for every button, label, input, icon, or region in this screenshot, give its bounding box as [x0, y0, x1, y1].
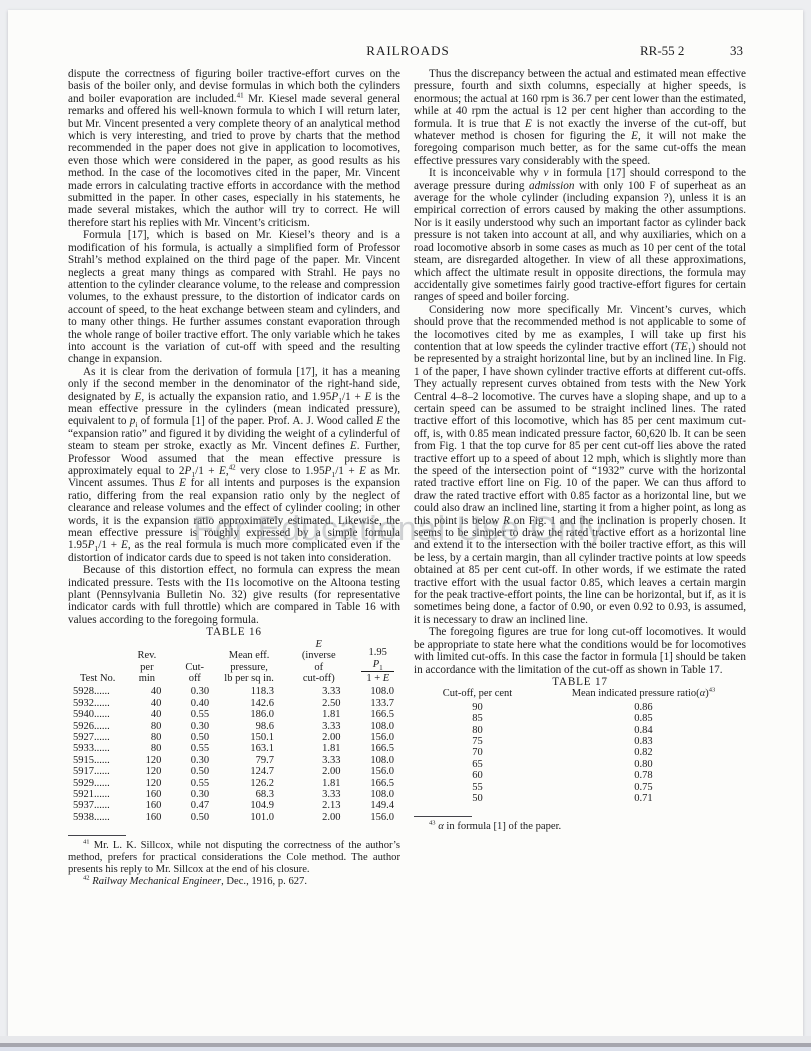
- table-cell: 104.9: [219, 800, 292, 811]
- col-header-cut-off: Cut-off: [175, 639, 219, 687]
- table-cell: 55: [414, 782, 541, 793]
- table-cell: 142.6: [219, 698, 292, 709]
- table-row: 5938......1600.50101.02.00156.0: [68, 812, 400, 823]
- table-cell: 5929......: [68, 778, 127, 789]
- table-cell: 186.0: [219, 709, 292, 720]
- table-cell: 150.1: [219, 732, 292, 743]
- table17-caption: TABLE 17: [414, 676, 746, 688]
- table-cell: 166.5: [356, 709, 400, 720]
- table-cell: 160: [127, 800, 175, 811]
- text-columns: dispute the correctness of figuring boil…: [68, 68, 746, 887]
- table-cell: 5937......: [68, 800, 127, 811]
- col-header-test-no: Test No.: [68, 639, 127, 687]
- table-row: 500.71: [414, 793, 746, 804]
- table-row: 600.78: [414, 770, 746, 781]
- table-row: 850.85: [414, 713, 746, 724]
- table-row: 900.86: [414, 702, 746, 713]
- table-row: 5927......800.50150.12.00156.0: [68, 732, 400, 743]
- table-cell: 5938......: [68, 812, 127, 823]
- fraction-denominator: 1 + E: [361, 672, 394, 684]
- table-cell: 5940......: [68, 709, 127, 720]
- table-row: 750.83: [414, 736, 746, 747]
- table-cell: 3.33: [292, 755, 356, 766]
- table-cell: 0.84: [541, 725, 746, 736]
- table-row: 5917......1200.50124.72.00156.0: [68, 766, 400, 777]
- col-header-mean-indicated-ratio: Mean indicated pressure ratio(α)43: [541, 688, 746, 701]
- table-cell: 120: [127, 766, 175, 777]
- footnote-42: 42 Railway Mechanical Engineer, Dec., 19…: [68, 876, 400, 888]
- table-cell: 0.30: [175, 789, 219, 800]
- table-cell: 40: [127, 686, 175, 697]
- table-cell: 0.82: [541, 747, 746, 758]
- paragraph: As it is clear from the derivation of fo…: [68, 366, 400, 565]
- table-cell: 40: [127, 709, 175, 720]
- table-cell: 5921......: [68, 789, 127, 800]
- table-cell: 0.80: [541, 759, 746, 770]
- paragraph: dispute the correctness of figuring boil…: [68, 68, 400, 229]
- document-reference: RR-55 2: [640, 43, 684, 59]
- table-cell: 101.0: [219, 812, 292, 823]
- table-cell: 108.0: [356, 686, 400, 697]
- table-cell: 156.0: [356, 766, 400, 777]
- table-cell: 0.78: [541, 770, 746, 781]
- table-cell: 160: [127, 789, 175, 800]
- table-cell: 5933......: [68, 743, 127, 754]
- table-cell: 0.30: [175, 755, 219, 766]
- table-cell: 149.4: [356, 800, 400, 811]
- table-cell: 2.00: [292, 732, 356, 743]
- table-cell: 80: [127, 732, 175, 743]
- table-cell: 120: [127, 755, 175, 766]
- table-cell: 126.2: [219, 778, 292, 789]
- table-cell: 166.5: [356, 778, 400, 789]
- footnote-rule: [414, 816, 472, 817]
- table-cell: 0.50: [175, 812, 219, 823]
- fraction-numerator: 1.95 P1: [361, 647, 394, 672]
- table-row: 5926......800.3098.63.33108.0: [68, 721, 400, 732]
- table-cell: 2.00: [292, 812, 356, 823]
- table-cell: 5932......: [68, 698, 127, 709]
- table-cell: 0.30: [175, 721, 219, 732]
- table-cell: 1.81: [292, 709, 356, 720]
- table16-header: Test No. Rev. permin Cut-off Mean eff.pr…: [68, 639, 400, 687]
- table-cell: 120: [127, 778, 175, 789]
- table-row: 5940......400.55186.01.81166.5: [68, 709, 400, 720]
- fraction: 1.95 P1 1 + E: [361, 647, 394, 684]
- table-row: 700.82: [414, 747, 746, 758]
- table-cell: 5915......: [68, 755, 127, 766]
- table-cell: 60: [414, 770, 541, 781]
- table-row: 5937......1600.47104.92.13149.4: [68, 800, 400, 811]
- left-column: dispute the correctness of figuring boil…: [68, 68, 400, 887]
- table-17: Cut-off, per cent Mean indicated pressur…: [414, 688, 746, 804]
- table-cell: 0.86: [541, 702, 746, 713]
- table-row: 5915......1200.3079.73.33108.0: [68, 755, 400, 766]
- table-cell: 3.33: [292, 721, 356, 732]
- paragraph: Considering now more specifically Mr. Vi…: [414, 304, 746, 627]
- scanned-page: RAILROADS RR-55 2 33 dispute the correct…: [8, 10, 803, 1036]
- running-title: RAILROADS: [366, 43, 449, 59]
- table-cell: 0.47: [175, 800, 219, 811]
- table-cell: 5928......: [68, 686, 127, 697]
- table-cell: 80: [127, 743, 175, 754]
- table-cell: 50: [414, 793, 541, 804]
- col-header-e-inverse: E(inverse ofcut-off): [292, 639, 356, 687]
- table-cell: 3.33: [292, 789, 356, 800]
- page-bottom-band: [0, 1036, 811, 1043]
- table-cell: 2.13: [292, 800, 356, 811]
- table-cell: 79.7: [219, 755, 292, 766]
- col-header-mean-eff-pressure: Mean eff.pressure,lb per sq in.: [219, 639, 292, 687]
- table-cell: 85: [414, 713, 541, 724]
- footnote-43: 43 α in formula [1] of the paper.: [414, 821, 746, 833]
- table-cell: 70: [414, 747, 541, 758]
- page-bottom-shadow: [0, 1047, 811, 1051]
- table-cell: 1.81: [292, 743, 356, 754]
- table-row: 550.75: [414, 782, 746, 793]
- table-row: 5928......400.30118.33.33108.0: [68, 686, 400, 697]
- table-cell: 75: [414, 736, 541, 747]
- paragraph: The foregoing figures are true for long …: [414, 626, 746, 676]
- table-cell: 40: [127, 698, 175, 709]
- table-cell: 0.75: [541, 782, 746, 793]
- table-cell: 0.50: [175, 732, 219, 743]
- table17-header: Cut-off, per cent Mean indicated pressur…: [414, 688, 746, 701]
- table-cell: 5926......: [68, 721, 127, 732]
- table17-body: 900.86850.85800.84750.83700.82650.80600.…: [414, 702, 746, 805]
- table-cell: 2.00: [292, 766, 356, 777]
- paragraph: Because of this distortion effect, no fo…: [68, 564, 400, 626]
- table-cell: 133.7: [356, 698, 400, 709]
- table-cell: 0.71: [541, 793, 746, 804]
- table-cell: 0.50: [175, 766, 219, 777]
- page-header: RAILROADS RR-55 2 33: [8, 43, 803, 61]
- table16-caption: TABLE 16: [68, 626, 400, 638]
- table-cell: 65: [414, 759, 541, 770]
- table-row: 5932......400.40142.62.50133.7: [68, 698, 400, 709]
- page-number: 33: [730, 43, 743, 59]
- footnote-rule: [68, 835, 126, 836]
- table16-body: 5928......400.30118.33.33108.05932......…: [68, 686, 400, 823]
- col-header-ratio-fraction: 1.95 P1 1 + E: [356, 639, 400, 687]
- table-16: Test No. Rev. permin Cut-off Mean eff.pr…: [68, 639, 400, 824]
- table-row: 650.80: [414, 759, 746, 770]
- table-cell: 156.0: [356, 732, 400, 743]
- table-cell: 0.30: [175, 686, 219, 697]
- table-cell: 0.83: [541, 736, 746, 747]
- table-cell: 90: [414, 702, 541, 713]
- table-cell: 80: [414, 725, 541, 736]
- table-cell: 0.85: [541, 713, 746, 724]
- paragraph: Formula [17], which is based on Mr. Kies…: [68, 229, 400, 365]
- table-cell: 0.55: [175, 709, 219, 720]
- table-cell: 160: [127, 812, 175, 823]
- table-cell: 80: [127, 721, 175, 732]
- table-row: 800.84: [414, 725, 746, 736]
- table-cell: 108.0: [356, 721, 400, 732]
- paragraph: Thus the discrepancy between the actual …: [414, 68, 746, 167]
- table-row: 5933......800.55163.11.81166.5: [68, 743, 400, 754]
- table-cell: 68.3: [219, 789, 292, 800]
- table-cell: 163.1: [219, 743, 292, 754]
- table-cell: 0.55: [175, 778, 219, 789]
- table-cell: 1.81: [292, 778, 356, 789]
- col-header-cutoff-percent: Cut-off, per cent: [414, 688, 541, 701]
- table-cell: 5917......: [68, 766, 127, 777]
- table-cell: 156.0: [356, 812, 400, 823]
- table-row: 5929......1200.55126.21.81166.5: [68, 778, 400, 789]
- paragraph: It is inconceivable why v in formula [17…: [414, 167, 746, 303]
- table-cell: 118.3: [219, 686, 292, 697]
- right-column: Thus the discrepancy between the actual …: [414, 68, 746, 887]
- table-row: 5921......1600.3068.33.33108.0: [68, 789, 400, 800]
- footnote-41: 41 Mr. L. K. Sillcox, while not disputin…: [68, 840, 400, 875]
- table-cell: 108.0: [356, 789, 400, 800]
- table-cell: 108.0: [356, 755, 400, 766]
- table-cell: 0.40: [175, 698, 219, 709]
- table-cell: 166.5: [356, 743, 400, 754]
- table-cell: 3.33: [292, 686, 356, 697]
- table-cell: 124.7: [219, 766, 292, 777]
- table-cell: 98.6: [219, 721, 292, 732]
- table-cell: 2.50: [292, 698, 356, 709]
- table-cell: 5927......: [68, 732, 127, 743]
- col-header-rev-per-min: Rev. permin: [127, 639, 175, 687]
- table-cell: 0.55: [175, 743, 219, 754]
